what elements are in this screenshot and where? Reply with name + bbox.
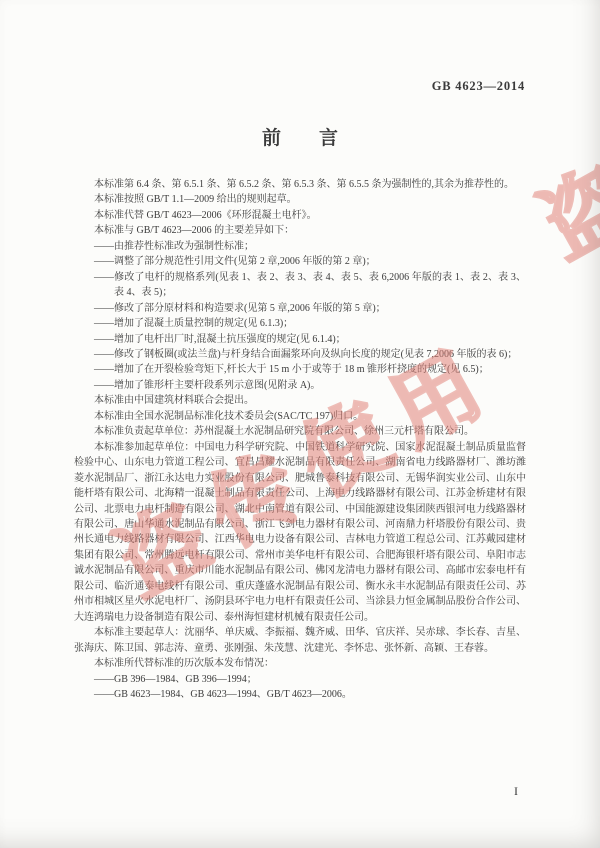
foreword-paragraph: ——修改了钢板圈(或法兰盘)与杆身结合面漏浆环向及纵向长度的规定(见表 7,20… [74, 347, 526, 362]
foreword-paragraph: 本标准主要起草人：沈丽华、单庆威、李振福、魏齐威、田华、官庆祥、吴赤球、李长春、… [74, 625, 526, 656]
foreword-paragraph: ——GB 396—1984、GB 396—1994； [74, 672, 526, 687]
foreword-paragraph: ——修改了部分原材料和构造要求(见第 5 章,2006 年版的第 5 章)； [74, 301, 526, 316]
foreword-paragraph: ——调整了部分规范性引用文件(见第 2 章,2006 年版的第 2 章)； [74, 254, 526, 269]
foreword-paragraph: ——修改了电杆的规格系列(见表 1、表 2、表 3、表 4、表 5、表 6,20… [74, 270, 526, 301]
foreword-paragraph: 本标准由全国水泥制品标准化技术委员会(SAC/TC 197)归口。 [74, 409, 526, 424]
foreword-paragraph: 本标准按照 GB/T 1.1—2009 给出的规则起草。 [74, 192, 526, 207]
standard-code-header: GB 4623—2014 [432, 79, 525, 94]
foreword-content: 本标准第 6.4 条、第 6.5.1 条、第 6.5.2 条、第 6.5.3 条… [74, 177, 526, 702]
foreword-paragraph: ——由推荐性标准改为强制性标准； [74, 239, 526, 254]
foreword-paragraph: 本标准参加起草单位：中国电力科学研究院、中国铁道科学研究院、国家水泥混凝土制品质… [74, 440, 526, 625]
foreword-paragraph: ——增加了电杆出厂时,混凝土抗压强度的规定(见 6.1.4)； [74, 332, 526, 347]
foreword-title: 前 言 [0, 123, 600, 150]
foreword-paragraph: ——GB 4623—1984、GB 4623—1994、GB/T 4623—20… [74, 687, 526, 702]
foreword-paragraph: 本标准由中国建筑材料联合会提出。 [74, 393, 526, 408]
page: 盗传使用 盗传使用 GB 4623—2014 前 言 本标准第 6.4 条、第 … [0, 0, 600, 848]
foreword-paragraph: 本标准所代替标准的历次版本发布情况： [74, 656, 526, 671]
foreword-paragraph: 本标准第 6.4 条、第 6.5.1 条、第 6.5.2 条、第 6.5.3 条… [74, 177, 526, 192]
foreword-paragraph: 本标准负责起草单位：苏州混凝土水泥制品研究院有限公司、徐州三元杆塔有限公司。 [74, 424, 526, 439]
foreword-paragraph: ——增加了锥形杆主要杆段系列示意图(见附录 A)。 [74, 378, 526, 393]
page-number: I [514, 784, 518, 799]
foreword-paragraph: ——增加了混凝土质量控制的规定(见 6.1.3)； [74, 316, 526, 331]
foreword-paragraph: ——增加了在开裂检验弯矩下,杆长大于 15 m 小于或等于 18 m 锥形杆挠度… [74, 362, 526, 377]
foreword-paragraph: 本标准代替 GB/T 4623—2006《环形混凝土电杆》。 [74, 208, 526, 223]
foreword-paragraph: 本标准与 GB/T 4623—2006 的主要差异如下： [74, 223, 526, 238]
